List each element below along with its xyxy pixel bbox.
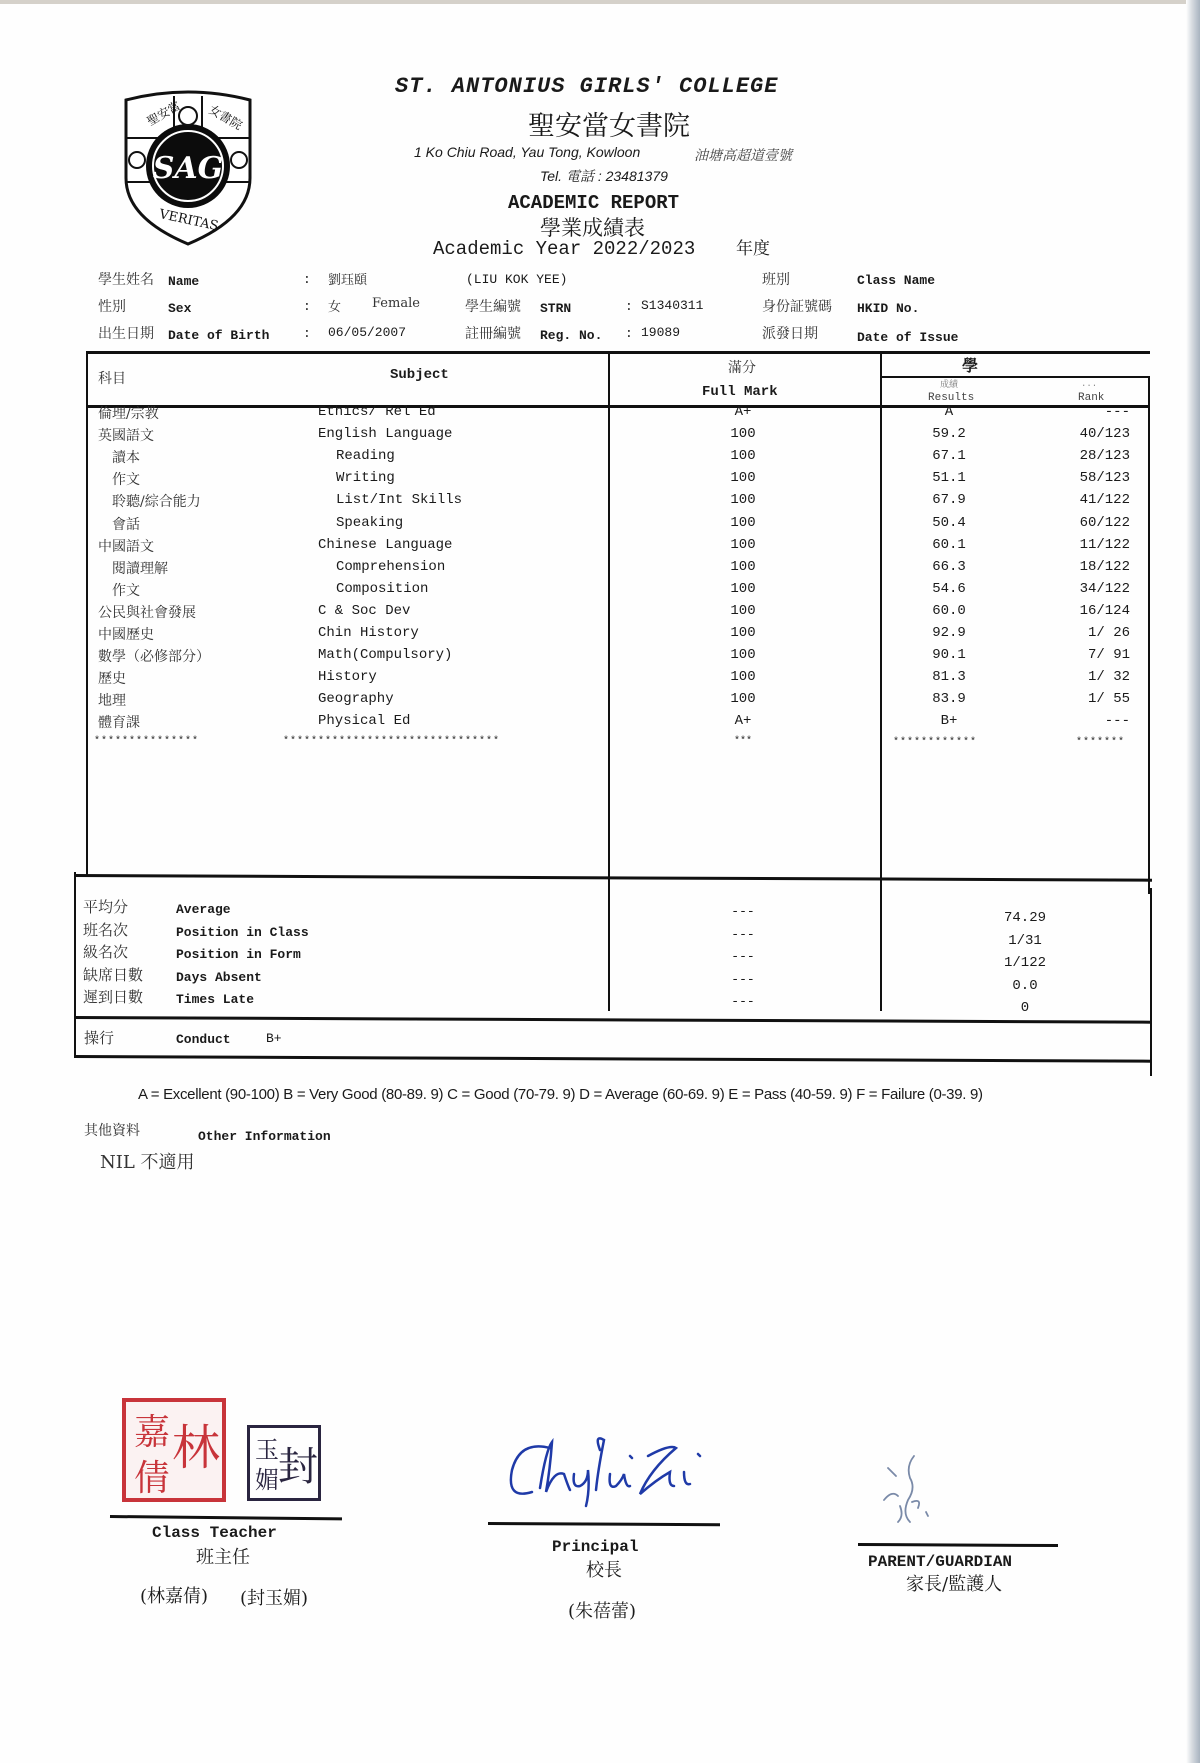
header-rank-zh: ... [1081, 379, 1097, 389]
rank: 16/124 [1040, 603, 1130, 619]
academic-year-zh: 年度 [736, 234, 770, 259]
strn-colon: : [625, 299, 633, 314]
summary-value: 1/31 [980, 933, 1070, 949]
class-teacher-name-1: (林嘉倩) [140, 1582, 208, 1608]
academic-year: Academic Year 2022/2023 [433, 238, 695, 260]
header-results-zh: 成績 [940, 377, 958, 390]
school-name-zh: 聖安當女書院 [528, 104, 690, 143]
header-rank-en: Rank [1078, 392, 1104, 404]
school-address-zh: 油塘高超道壹號 [694, 145, 792, 165]
class-teacher-label-zh: 班主任 [196, 1543, 250, 1569]
report-page: SAG 聖安當 女書院 VERITAS ST. ANTONIUS GIRLS' … [0, 0, 1200, 1763]
subject-name-zh: 公民與社會發展 [98, 602, 196, 622]
rank: 40/123 [1040, 426, 1130, 442]
issue-label-zh: 派發日期 [762, 323, 818, 343]
summary-label-en: Average [176, 902, 231, 917]
full-mark: 100 [700, 669, 786, 685]
result: 90.1 [905, 647, 993, 663]
subject-name-en: List/Int Skills [336, 492, 462, 508]
svg-text:倩: 倩 [134, 1458, 170, 1498]
result: 60.0 [905, 603, 993, 619]
subject-name-en: Writing [336, 470, 395, 486]
parent-label-en: PARENT/GUARDIAN [868, 1553, 1012, 1571]
summary-value: 0 [980, 1000, 1070, 1016]
rank: 7/ 91 [1040, 647, 1130, 663]
rank: 11/122 [1040, 537, 1130, 553]
table-border [74, 1055, 1152, 1063]
sex-label-en: Sex [168, 301, 191, 316]
svg-text:封: 封 [278, 1444, 318, 1490]
subject-name-zh: 體育課 [98, 712, 140, 732]
result: 67.9 [905, 492, 993, 508]
subject-name-en: History [318, 669, 377, 685]
principal-name: (朱蓓蕾) [568, 1597, 636, 1623]
table-border [86, 351, 88, 876]
rank: 60/122 [1040, 515, 1130, 531]
full-mark: 100 [700, 470, 786, 486]
subject-name-zh: 作文 [112, 469, 140, 489]
conduct-value: B+ [266, 1031, 282, 1046]
dob-label-zh: 出生日期 [98, 323, 154, 343]
header-full-mark-en: Full Mark [702, 384, 778, 400]
full-mark: 100 [700, 492, 786, 508]
result: B+ [905, 713, 993, 729]
rank: 34/122 [1040, 581, 1130, 597]
strn-value: S1340311 [641, 298, 703, 313]
subject-name-en: Composition [336, 581, 428, 597]
svg-text:SAG: SAG [153, 151, 224, 186]
principal-signature-line [488, 1522, 720, 1526]
rank: --- [1040, 713, 1130, 729]
strn-label-en: STRN [540, 301, 571, 316]
summary-label-zh: 遲到日數 [83, 986, 143, 1007]
issue-label-en: Date of Issue [857, 330, 958, 345]
full-mark: 100 [700, 559, 786, 575]
subject-name-zh: 歷史 [98, 668, 126, 688]
full-mark: 100 [700, 537, 786, 553]
subject-name-zh: 數學（必修部分） [98, 646, 210, 666]
grade-key: A = Excellent (90-100) B = Very Good (80… [138, 1086, 983, 1103]
table-border [880, 376, 1150, 378]
subject-name-zh: 地理 [98, 690, 126, 710]
other-info-label-zh: 其他資料 [84, 1120, 140, 1140]
table-border [1148, 376, 1150, 408]
school-name-en: ST. ANTONIUS GIRLS' COLLEGE [395, 74, 778, 99]
subject-name-zh: 聆聽/綜合能力 [112, 491, 201, 511]
sex-value-zh: 女 [328, 296, 341, 315]
full-mark: 100 [700, 515, 786, 531]
page-edge-top [0, 0, 1200, 4]
full-mark: A+ [700, 404, 786, 420]
rank: 1/ 32 [1040, 669, 1130, 685]
end-marker: ************ [893, 737, 977, 748]
dob-colon: : [303, 326, 311, 341]
result: 60.1 [905, 537, 993, 553]
principal-signature-icon [500, 1430, 730, 1520]
result: A [905, 404, 993, 420]
table-border [880, 351, 882, 1011]
subject-name-zh: 中國語文 [98, 536, 154, 556]
subject-name-en: English Language [318, 426, 452, 442]
hkid-label-en: HKID No. [857, 301, 919, 316]
hkid-label-zh: 身份証號碼 [762, 296, 832, 316]
summary-full-mark: --- [700, 972, 786, 987]
summary-label-en: Position in Form [176, 947, 301, 962]
school-address-en: 1 Ko Chiu Road, Yau Tong, Kowloon [414, 144, 640, 160]
table-border [74, 1016, 1152, 1024]
principal-label-zh: 校長 [586, 1556, 622, 1582]
subject-name-zh: 閱讀理解 [112, 558, 168, 578]
parent-signature-line [858, 1543, 1058, 1547]
subject-name-en: Reading [336, 448, 395, 464]
sex-colon: : [303, 299, 311, 314]
sex-label-zh: 性別 [98, 296, 126, 316]
summary-label-zh: 班名次 [83, 919, 128, 940]
subject-name-zh: 作文 [112, 580, 140, 600]
reg-value: 19089 [641, 325, 680, 340]
school-crest-icon: SAG 聖安當 女書院 VERITAS [122, 86, 254, 246]
subject-name-zh: 中國歷史 [98, 624, 154, 644]
svg-text:玉: 玉 [255, 1436, 279, 1464]
sex-value-en: Female [372, 296, 420, 311]
rank: 28/123 [1040, 448, 1130, 464]
class-label-zh: 班別 [762, 269, 790, 289]
header-results-en: Results [928, 392, 974, 404]
reg-label-zh: 註冊編號 [465, 323, 521, 343]
summary-label-en: Position in Class [176, 925, 309, 940]
rank: 1/ 26 [1040, 625, 1130, 641]
name-label-zh: 學生姓名 [98, 269, 154, 289]
subject-name-zh: 讀本 [112, 447, 140, 467]
subject-name-en: Comprehension [336, 559, 445, 575]
summary-label-zh: 級名次 [83, 941, 128, 962]
rank: 18/122 [1040, 559, 1130, 575]
summary-label-zh: 缺席日數 [83, 964, 143, 985]
full-mark: 100 [700, 448, 786, 464]
subject-name-en: Math(Compulsory) [318, 647, 452, 663]
table-border [608, 351, 610, 1011]
name-colon: : [303, 272, 311, 287]
subject-name-en: Geography [318, 691, 394, 707]
table-border [1148, 408, 1150, 894]
subject-name-en: Speaking [336, 515, 403, 531]
summary-label-zh: 平均分 [83, 896, 128, 917]
full-mark: 100 [700, 625, 786, 641]
class-teacher-label-en: Class Teacher [152, 1524, 277, 1542]
full-mark: 100 [700, 581, 786, 597]
full-mark: A+ [700, 713, 786, 729]
summary-label-en: Times Late [176, 992, 254, 1007]
svg-text:林: 林 [172, 1420, 220, 1476]
result: 54.6 [905, 581, 993, 597]
class-teacher-seal-2: 玉 封 媚 [247, 1425, 321, 1501]
name-label-en: Name [168, 274, 199, 289]
seal-2-icon: 玉 封 媚 [250, 1428, 318, 1498]
subject-name-en: Physical Ed [318, 713, 410, 729]
other-info-label-en: Other Information [198, 1129, 331, 1144]
summary-full-mark: --- [700, 904, 786, 919]
principal-label-en: Principal [552, 1538, 638, 1556]
class-label-en: Class Name [857, 273, 935, 288]
other-info-value: NIL 不適用 [100, 1148, 195, 1174]
rank: 1/ 55 [1040, 691, 1130, 707]
subject-name-zh: 英國語文 [98, 425, 154, 445]
reg-label-en: Reg. No. [540, 328, 602, 343]
subject-name-zh: 倫理/宗教 [98, 403, 159, 423]
end-marker: *** [700, 736, 786, 747]
header-subject-en: Subject [390, 367, 449, 383]
table-border [74, 874, 1152, 882]
header-subject-zh: 科目 [98, 368, 126, 388]
name-value-en: (LIU KOK YEE) [466, 272, 567, 287]
header-term-zh: 學 [962, 353, 978, 376]
svg-text:媚: 媚 [255, 1466, 279, 1494]
subject-name-zh: 會話 [112, 514, 140, 534]
parent-label-zh: 家長/監護人 [906, 1570, 1002, 1596]
class-teacher-seal-1: 嘉 林 倩 [122, 1398, 226, 1502]
result: 81.3 [905, 669, 993, 685]
dob-label-en: Date of Birth [168, 328, 269, 343]
summary-full-mark: --- [700, 927, 786, 942]
header-full-mark-zh: 滿分 [728, 357, 756, 377]
end-marker: *************** [94, 736, 199, 747]
end-marker: ******************************* [283, 736, 500, 747]
result: 92.9 [905, 625, 993, 641]
full-mark: 100 [700, 426, 786, 442]
result: 67.1 [905, 448, 993, 464]
subject-name-en: Chinese Language [318, 537, 452, 553]
summary-value: 1/122 [980, 955, 1070, 971]
summary-full-mark: --- [700, 994, 786, 1009]
full-mark: 100 [700, 647, 786, 663]
page-edge-right [1186, 0, 1200, 1763]
conduct-label-zh: 操行 [84, 1027, 114, 1048]
table-border [74, 872, 76, 1057]
summary-label-en: Days Absent [176, 970, 262, 985]
result: 59.2 [905, 426, 993, 442]
class-teacher-name-2: (封玉媚) [240, 1584, 308, 1610]
full-mark: 100 [700, 603, 786, 619]
table-border [86, 351, 1150, 354]
svg-text:嘉: 嘉 [134, 1412, 170, 1453]
class-teacher-signature-line [110, 1515, 342, 1520]
end-marker: ******* [1076, 737, 1125, 748]
seal-1-icon: 嘉 林 倩 [126, 1402, 222, 1498]
summary-value: 74.29 [980, 910, 1070, 926]
summary-value: 0.0 [980, 978, 1070, 994]
summary-full-mark: --- [700, 949, 786, 964]
result: 51.1 [905, 470, 993, 486]
subject-name-en: Ethics/ Rel Ed [318, 404, 436, 420]
rank: 41/122 [1040, 492, 1130, 508]
full-mark: 100 [700, 691, 786, 707]
result: 83.9 [905, 691, 993, 707]
subject-name-en: Chin History [318, 625, 419, 641]
conduct-label-en: Conduct [176, 1032, 231, 1047]
rank: 58/123 [1040, 470, 1130, 486]
report-title-en: ACADEMIC REPORT [508, 192, 679, 214]
rank: --- [1040, 404, 1130, 420]
reg-colon: : [625, 326, 633, 341]
school-telephone: Tel. 電話 : 23481379 [540, 166, 668, 186]
parent-signature-icon [870, 1450, 950, 1530]
dob-value: 06/05/2007 [328, 325, 406, 340]
strn-label-zh: 學生編號 [465, 296, 521, 316]
table-border [1150, 888, 1152, 1076]
result: 50.4 [905, 515, 993, 531]
name-value-zh: 劉珏頤 [328, 269, 367, 288]
subject-name-en: C & Soc Dev [318, 603, 410, 619]
result: 66.3 [905, 559, 993, 575]
